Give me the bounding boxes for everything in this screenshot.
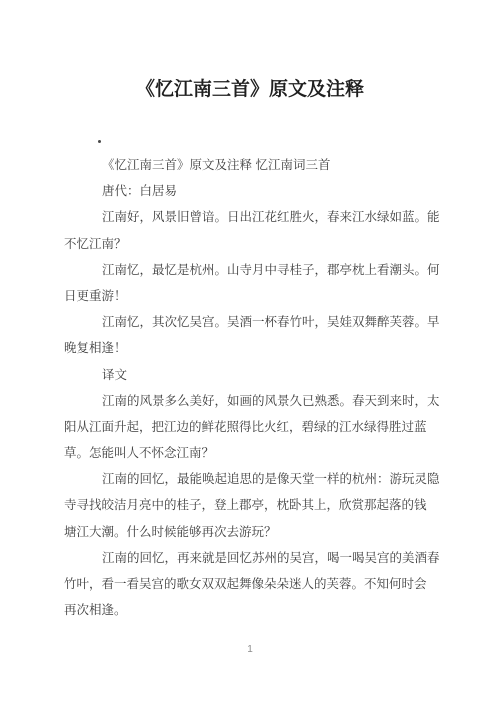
text-line: 不忆江南？ xyxy=(64,231,436,257)
text-line: 寺寻找皎洁月亮中的桂子，登上郡亭，枕卧其上，欣赏那起落的钱 xyxy=(64,492,436,518)
text-line: 江南的回忆，再来就是回忆苏州的吴宫，喝一喝吴宫的美酒春 xyxy=(64,545,436,571)
text-line: 江南好，风景旧曾谙。日出江花红胜火，春来江水绿如蓝。能 xyxy=(64,204,436,230)
text-line: 再次相逢。 xyxy=(64,597,436,623)
text-line-section-heading: 译文 xyxy=(64,362,436,388)
text-line: 阳从江面升起，把江边的鲜花照得比火红，碧绿的江水绿得胜过蓝 xyxy=(64,414,436,440)
text-line-subtitle: 《忆江南三首》原文及注释 忆江南词三首 xyxy=(64,152,436,178)
text-line: 江南忆，其次忆吴宫。吴酒一杯春竹叶，吴娃双舞醉芙蓉。早 xyxy=(64,309,436,335)
text-line-author: 唐代：白居易 xyxy=(64,178,436,204)
text-line: 江南忆，最忆是杭州。山寺月中寻桂子，郡亭枕上看潮头。何 xyxy=(64,257,436,283)
text-line: 日更重游！ xyxy=(64,283,436,309)
list-bullet-dot xyxy=(98,140,101,143)
page-number: 1 xyxy=(0,643,500,657)
document-body: 《忆江南三首》原文及注释 忆江南词三首 唐代：白居易 江南好，风景旧曾谙。日出江… xyxy=(64,152,436,623)
text-line: 江南的回忆，最能唤起追思的是像天堂一样的杭州：游玩灵隐 xyxy=(64,466,436,492)
text-line: 竹叶，看一看吴宫的歌女双双起舞像朵朵迷人的芙蓉。不知何时会 xyxy=(64,571,436,597)
document-page: 《忆江南三首》原文及注释 《忆江南三首》原文及注释 忆江南词三首 唐代：白居易 … xyxy=(0,0,500,708)
text-line: 晚复相逢！ xyxy=(64,335,436,361)
document-title: 《忆江南三首》原文及注释 xyxy=(0,79,500,101)
text-line: 塘江大潮。什么时候能够再次去游玩？ xyxy=(64,519,436,545)
text-line: 草。怎能叫人不怀念江南？ xyxy=(64,440,436,466)
text-line: 江南的风景多么美好，如画的风景久已熟悉。春天到来时，太 xyxy=(64,388,436,414)
